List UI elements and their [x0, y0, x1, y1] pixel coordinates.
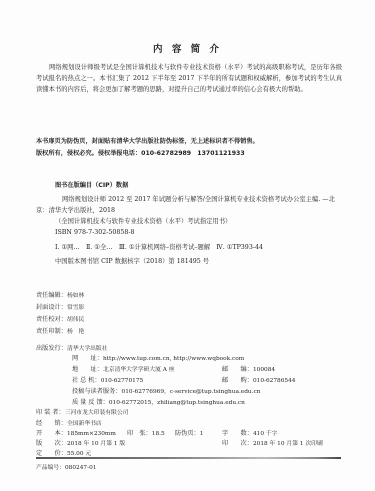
quality-label: 质 量 反 馈：	[72, 399, 109, 406]
publisher-name: 清华大学出版社	[67, 346, 108, 352]
website-label: 网 址：	[72, 355, 103, 362]
security-page-label: 防伪页：	[175, 430, 200, 437]
format-value: 185mm×230mm	[67, 431, 116, 437]
mail-order-value: 010-62786544	[253, 378, 296, 384]
edition-label: 版 次：	[36, 440, 67, 447]
publisher-mail-order: 邮 购：010-62786544	[222, 375, 295, 384]
switchboard-value: 010-62770175	[101, 378, 144, 384]
mail-order-label: 邮 购：	[222, 377, 253, 384]
edition-value: 2018 年 10 月第 1 版	[67, 441, 125, 447]
product-number: 产品编号：080247-01	[36, 462, 96, 471]
publisher-postcode: 邮 编：100084	[222, 364, 275, 373]
postcode-label: 邮 编：	[222, 366, 253, 373]
credit-label: 责任编辑：	[36, 292, 67, 299]
address-label: 地 址：	[72, 366, 103, 373]
divider-rule	[36, 457, 341, 459]
cip-classification: Ⅰ. ①网… Ⅱ. ①全… Ⅲ. ①计算机网络–资格考试–题解 Ⅳ. ①TP39…	[55, 242, 263, 253]
sheets-value: 18.5	[152, 431, 165, 437]
printer-value: 三河市龙大印装有限公司	[65, 410, 129, 416]
sheets-label: 印 张：	[127, 430, 152, 437]
publisher-switchboard: 社 总 机：010-62770175	[72, 375, 143, 384]
format-line: 开 本：185mm×230mm	[36, 428, 116, 437]
copyright-page: 内 容 简 介 网络规划设计师级考试是全国计算机技术与软件专业技术资格（水平）考…	[0, 0, 375, 491]
credit-value: 杨 艳	[67, 329, 84, 335]
credit-label: 责任印制：	[36, 328, 67, 335]
sheets-line: 印 张：18.5	[127, 428, 165, 437]
impression-value: 2018 年 10 月第 1 次印刷	[253, 441, 323, 447]
distributor-line: 经 销：全国新华书店	[36, 418, 102, 427]
credit-cover-design: 封面设计：常雪影	[36, 302, 84, 311]
reader-service-value: 010-62776969，c-service@tup.tsinghua.edu.…	[122, 389, 261, 395]
edition-line: 版 次：2018 年 10 月第 1 版	[36, 438, 125, 447]
address-value: 北京清华大学学研大厦 A 座	[103, 367, 175, 373]
distributor-label: 经 销：	[36, 420, 67, 427]
word-count-value: 410 千字	[253, 431, 278, 437]
cip-entry-line2: 京：清华大学出版社，2018	[36, 205, 115, 216]
cip-heading: 图书在版编目（CIP）数据	[55, 180, 128, 189]
page-title: 内 容 简 介	[0, 41, 375, 55]
security-page-value: 1	[200, 431, 204, 437]
publisher-line: 出版发行：清华大学出版社	[36, 343, 108, 352]
postcode-value: 100084	[253, 367, 275, 373]
publisher-website: 网 址：http://www.tup.com.cn, http://www.wq…	[72, 353, 244, 362]
security-page-line: 防伪页：1	[175, 428, 203, 437]
credit-proofreader: 责任校对：胡伟民	[36, 314, 84, 323]
publisher-label: 出版发行：	[36, 345, 67, 352]
quality-value: 010-62772015，zhiliang@tup.tsinghua.edu.c…	[109, 400, 245, 406]
reader-service-label: 投稿与读者服务：	[72, 388, 122, 395]
impression-label: 印 次：	[222, 440, 253, 447]
credit-label: 封面设计：	[36, 304, 67, 311]
cip-entry-line1: 网络规划设计师 2012 至 2017 年试题分析与解答/全国计算机专业技术资格…	[62, 194, 335, 205]
credit-label: 责任校对：	[36, 316, 67, 323]
credit-printing-supervisor: 责任印制：杨 艳	[36, 326, 84, 335]
price-line: 定 价：55.00 元	[36, 448, 91, 457]
format-label: 开 本：	[36, 430, 67, 437]
word-count-line: 字 数：410 千字	[222, 428, 277, 437]
word-count-label: 字 数：	[222, 430, 253, 437]
cip-record-number: 中国版本图书馆 CIP 数据核字（2018）第 181495 号	[55, 256, 209, 267]
copyright-notice: 版权所有，侵权必究。侵权举报电话：010-62782989 1370112193…	[36, 148, 245, 157]
printer-line: 印 装 者：三河市龙大印装有限公司	[36, 407, 128, 416]
price-label: 定 价：	[36, 450, 67, 457]
publisher-quality-feedback: 质 量 反 馈：010-62772015，zhiliang@tup.tsingh…	[72, 397, 245, 406]
publisher-reader-service: 投稿与读者服务：010-62776969，c-service@tup.tsing…	[72, 386, 261, 395]
cip-series: （全国计算机技术与软件专业技术资格（水平）考试指定用书）	[55, 216, 231, 227]
website-link[interactable]: http://www.tup.com.cn, http://www.wqbook…	[103, 356, 244, 362]
switchboard-label: 社 总 机：	[72, 377, 101, 384]
publisher-address: 地 址：北京清华大学学研大厦 A 座	[72, 364, 175, 373]
credit-value: 胡伟民	[67, 317, 84, 323]
impression-line: 印 次：2018 年 10 月第 1 次印刷	[222, 438, 323, 447]
distributor-value: 全国新华书店	[67, 421, 102, 427]
cip-isbn: ISBN 978-7-302-50858-8	[55, 227, 135, 238]
credit-editor: 责任编辑：杨如林	[36, 290, 84, 299]
printer-label: 印 装 者：	[36, 409, 65, 416]
anti-counterfeit-notice: 本书扉页为防伪页，封面贴有清华大学出版社防伪标签，无上述标识者不得销售。	[36, 136, 259, 145]
credit-value: 常雪影	[67, 305, 84, 311]
credit-value: 杨如林	[67, 293, 84, 299]
introduction-paragraph: 网络规划设计师级考试是全国计算机技术与软件专业技术资格（水平）考试的高级职称考试…	[36, 62, 342, 95]
